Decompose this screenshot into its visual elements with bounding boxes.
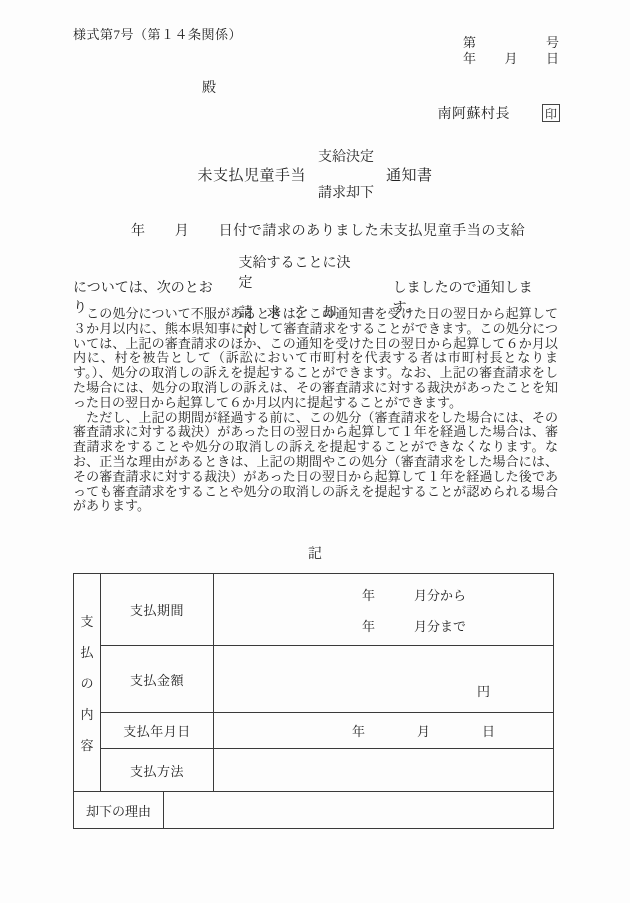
vertical-header-char: 容	[80, 735, 93, 754]
payment-date-blanks: 年 月 日	[352, 721, 553, 740]
title-option-reject: 請求却下	[318, 182, 374, 202]
yen-unit-label: 円	[477, 681, 553, 700]
payment-details-table: 支 払 の 内 容 支払期間 年 月分から 年 月分まで 支払金額	[73, 573, 554, 829]
ki-separator: 記	[0, 543, 630, 563]
decision-option-grant: 支給することに決定	[238, 252, 362, 292]
appeal-notice-paragraph-1: この処分について不服があるときは、この通知書を受けた日の翌日から起算して３か月以…	[73, 307, 558, 411]
table-row-payment-method: 支払方法	[101, 749, 553, 791]
payment-amount-label: 支払金額	[101, 646, 214, 712]
payment-period-from: 年 月分から	[362, 585, 553, 604]
payment-date-label: 支払年月日	[101, 713, 214, 748]
payment-contents-vertical-header: 支 払 の 内 容	[74, 574, 101, 791]
title-option-stack: 支給決定 請求却下	[318, 146, 374, 202]
payment-date-value: 年 月 日	[214, 713, 553, 748]
document-title: 未支払児童手当 支給決定 請求却下 通知書	[0, 146, 630, 202]
rejection-reason-value	[164, 792, 553, 829]
appeal-notice-paragraph-2: ただし、上記の期間が経過する前に、この処分（審査請求をした場合には、その審査請求…	[73, 411, 558, 515]
form-number: 様式第7号（第１４条関係）	[73, 24, 242, 43]
doc-number-suffix: 号	[546, 35, 559, 51]
rejection-reason-label: 却下の理由	[74, 792, 164, 829]
request-summary-line: 年 月 日付で請求のありました未支払児童手当の支給	[73, 220, 525, 240]
title-prefix: 未支払児童手当	[197, 164, 306, 185]
date-year-label: 年	[463, 51, 476, 67]
payment-period-label: 支払期間	[101, 574, 214, 645]
addressee-suffix: 殿	[202, 77, 216, 97]
issue-date-line: 年 月 日	[463, 51, 559, 67]
payment-table-rows: 支払期間 年 月分から 年 月分まで 支払金額 円 支払年月日 年	[101, 574, 553, 791]
vertical-header-char: 払	[80, 642, 93, 661]
payment-period-value: 年 月分から 年 月分まで	[214, 574, 553, 645]
vertical-header-char: 内	[80, 704, 93, 723]
payment-amount-value: 円	[214, 646, 553, 712]
vertical-header-char: 支	[80, 611, 93, 630]
payment-method-value	[214, 749, 553, 791]
table-row-payment-period: 支払期間 年 月分から 年 月分まで	[101, 574, 553, 646]
issuer-block: 南阿蘇村長 印	[438, 103, 561, 123]
vertical-header-char: の	[80, 673, 93, 692]
issuer-name: 南阿蘇村長	[438, 103, 511, 123]
table-row-payment-amount: 支払金額 円	[101, 646, 553, 713]
payment-period-to: 年 月分まで	[362, 616, 553, 635]
document-number-block: 第 号 年 月 日	[463, 35, 559, 66]
appeal-notice-body: この処分について不服があるときは、この通知書を受けた日の翌日から起算して３か月以…	[73, 307, 558, 514]
doc-number-prefix: 第	[463, 35, 476, 51]
notice-document-page: 様式第7号（第１４条関係） 第 号 年 月 日 殿 南阿蘇村長 印 未支払児童手…	[0, 0, 630, 903]
payment-method-label: 支払方法	[101, 749, 214, 791]
document-number-line: 第 号	[463, 35, 559, 51]
table-row-payment-date: 支払年月日 年 月 日	[101, 713, 553, 749]
date-month-label: 月	[504, 51, 517, 67]
title-suffix: 通知書	[386, 164, 433, 185]
title-option-grant: 支給決定	[318, 146, 374, 166]
seal-mark-icon: 印	[542, 104, 560, 122]
date-day-label: 日	[546, 51, 559, 67]
payment-table-upper-section: 支 払 の 内 容 支払期間 年 月分から 年 月分まで 支払金額	[74, 574, 553, 791]
table-row-rejection-reason: 却下の理由	[74, 791, 553, 829]
